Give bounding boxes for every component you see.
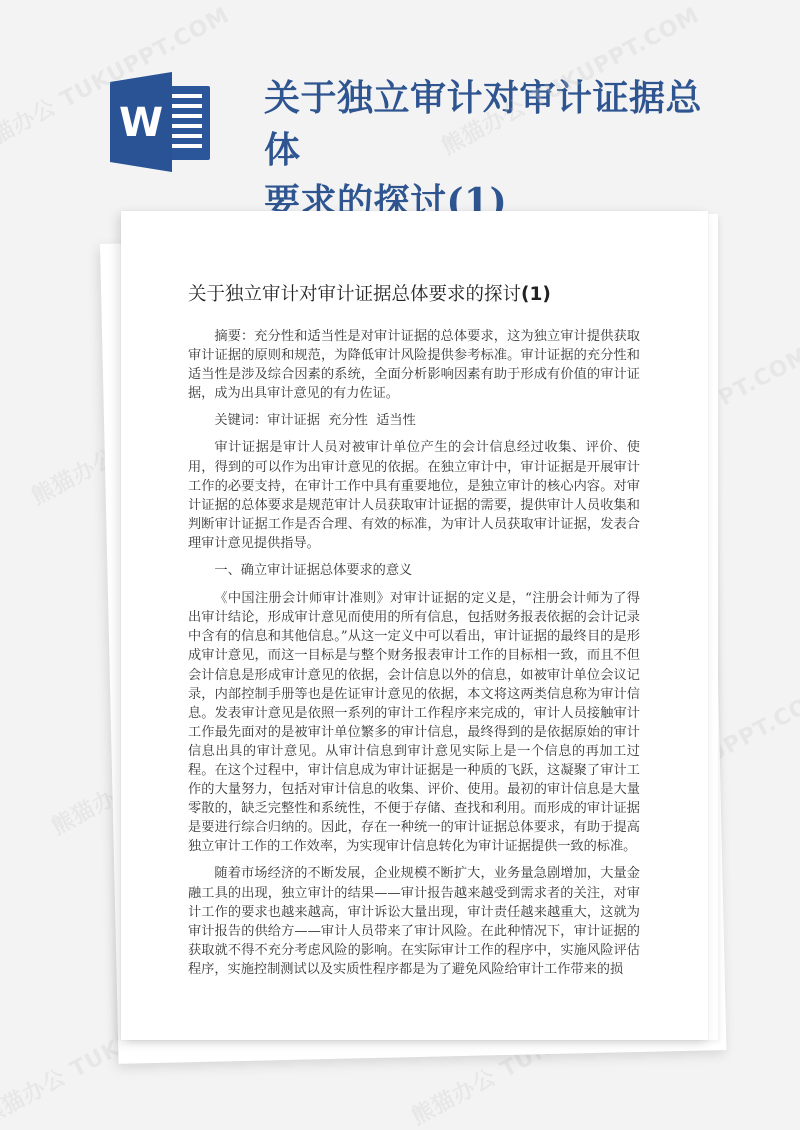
- document-page: 关于独立审计对审计证据总体要求的探讨(1) 摘要：充分性和适当性是对审计证据的总…: [121, 211, 708, 1040]
- abstract-paragraph: 摘要：充分性和适当性是对审计证据的总体要求，这为独立审计提供获取审计证据的原则和…: [188, 327, 640, 403]
- section-heading: 一、确立审计证据总体要求的意义: [188, 561, 640, 580]
- svg-text:W: W: [119, 100, 163, 146]
- body-paragraph: 《中国注册会计师审计准则》对审计证据的定义是，“注册会计师为了得出审计结论，形成…: [188, 589, 640, 856]
- title-line-1: 关于独立审计对审计证据总体: [264, 77, 702, 171]
- keywords-paragraph: 关键词：审计证据 充分性 适当性: [188, 411, 640, 430]
- document-title-banner: 关于独立审计对审计证据总体 要求的探讨(1): [264, 72, 734, 228]
- body-paragraph: 审计证据是审计人员对被审计单位产生的会计信息经过收集、评价、使用，得到的可以作为…: [188, 438, 640, 553]
- header: W 关于独立审计对审计证据总体 要求的探讨(1): [0, 0, 800, 200]
- body-paragraph: 随着市场经济的不断发展，企业规模不断扩大，业务量急剧增加，大量金融工具的出现，独…: [188, 864, 640, 979]
- document-body: 摘要：充分性和适当性是对审计证据的总体要求，这为独立审计提供获取审计证据的原则和…: [188, 327, 640, 987]
- page-title: 关于独立审计对审计证据总体要求的探讨(1): [188, 283, 648, 307]
- word-document-icon: W: [110, 72, 216, 172]
